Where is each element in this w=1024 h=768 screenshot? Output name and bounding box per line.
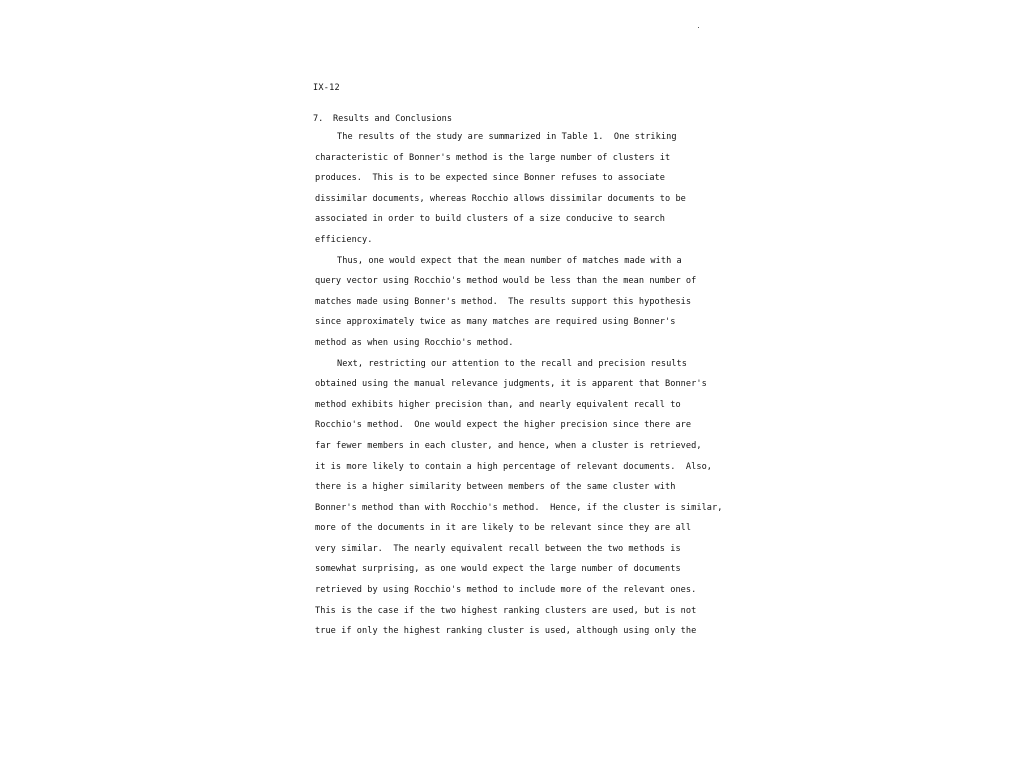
text-line: true if only the highest ranking cluster… [315, 625, 695, 646]
text-line: method exhibits higher precision than, a… [315, 399, 695, 420]
text-line: query vector using Rocchio's method woul… [315, 275, 695, 296]
text-line: there is a higher similarity between mem… [315, 481, 695, 502]
page-number: IX-12 [313, 83, 340, 93]
text-line: Thus, one would expect that the mean num… [315, 255, 695, 276]
text-line: obtained using the manual relevance judg… [315, 378, 695, 399]
text-line: somewhat surprising, as one would expect… [315, 563, 695, 584]
text-line: matches made using Bonner's method. The … [315, 296, 695, 317]
text-line: efficiency. [315, 234, 695, 255]
section-number: 7. [313, 114, 333, 124]
text-line: characteristic of Bonner's method is the… [315, 152, 695, 173]
text-line: The results of the study are summarized … [315, 131, 695, 152]
text-line: it is more likely to contain a high perc… [315, 461, 695, 482]
text-line: far fewer members in each cluster, and h… [315, 440, 695, 461]
text-line: retrieved by using Rocchio's method to i… [315, 584, 695, 605]
body-text: The results of the study are summarized … [315, 131, 695, 646]
section-heading: 7.Results and Conclusions [313, 114, 452, 124]
text-line: dissimilar documents, whereas Rocchio al… [315, 193, 695, 214]
text-line: This is the case if the two highest rank… [315, 605, 695, 626]
text-line: very similar. The nearly equivalent reca… [315, 543, 695, 564]
scan-speck [698, 27, 699, 28]
text-line: since approximately twice as many matche… [315, 316, 695, 337]
text-line: Next, restricting our attention to the r… [315, 358, 695, 379]
section-title: Results and Conclusions [333, 114, 452, 124]
text-line: Rocchio's method. One would expect the h… [315, 419, 695, 440]
text-line: associated in order to build clusters of… [315, 213, 695, 234]
text-line: more of the documents in it are likely t… [315, 522, 695, 543]
text-line: method as when using Rocchio's method. [315, 337, 695, 358]
text-line: Bonner's method than with Rocchio's meth… [315, 502, 695, 523]
text-line: produces. This is to be expected since B… [315, 172, 695, 193]
document-page: IX-12 7.Results and Conclusions The resu… [0, 0, 1024, 768]
